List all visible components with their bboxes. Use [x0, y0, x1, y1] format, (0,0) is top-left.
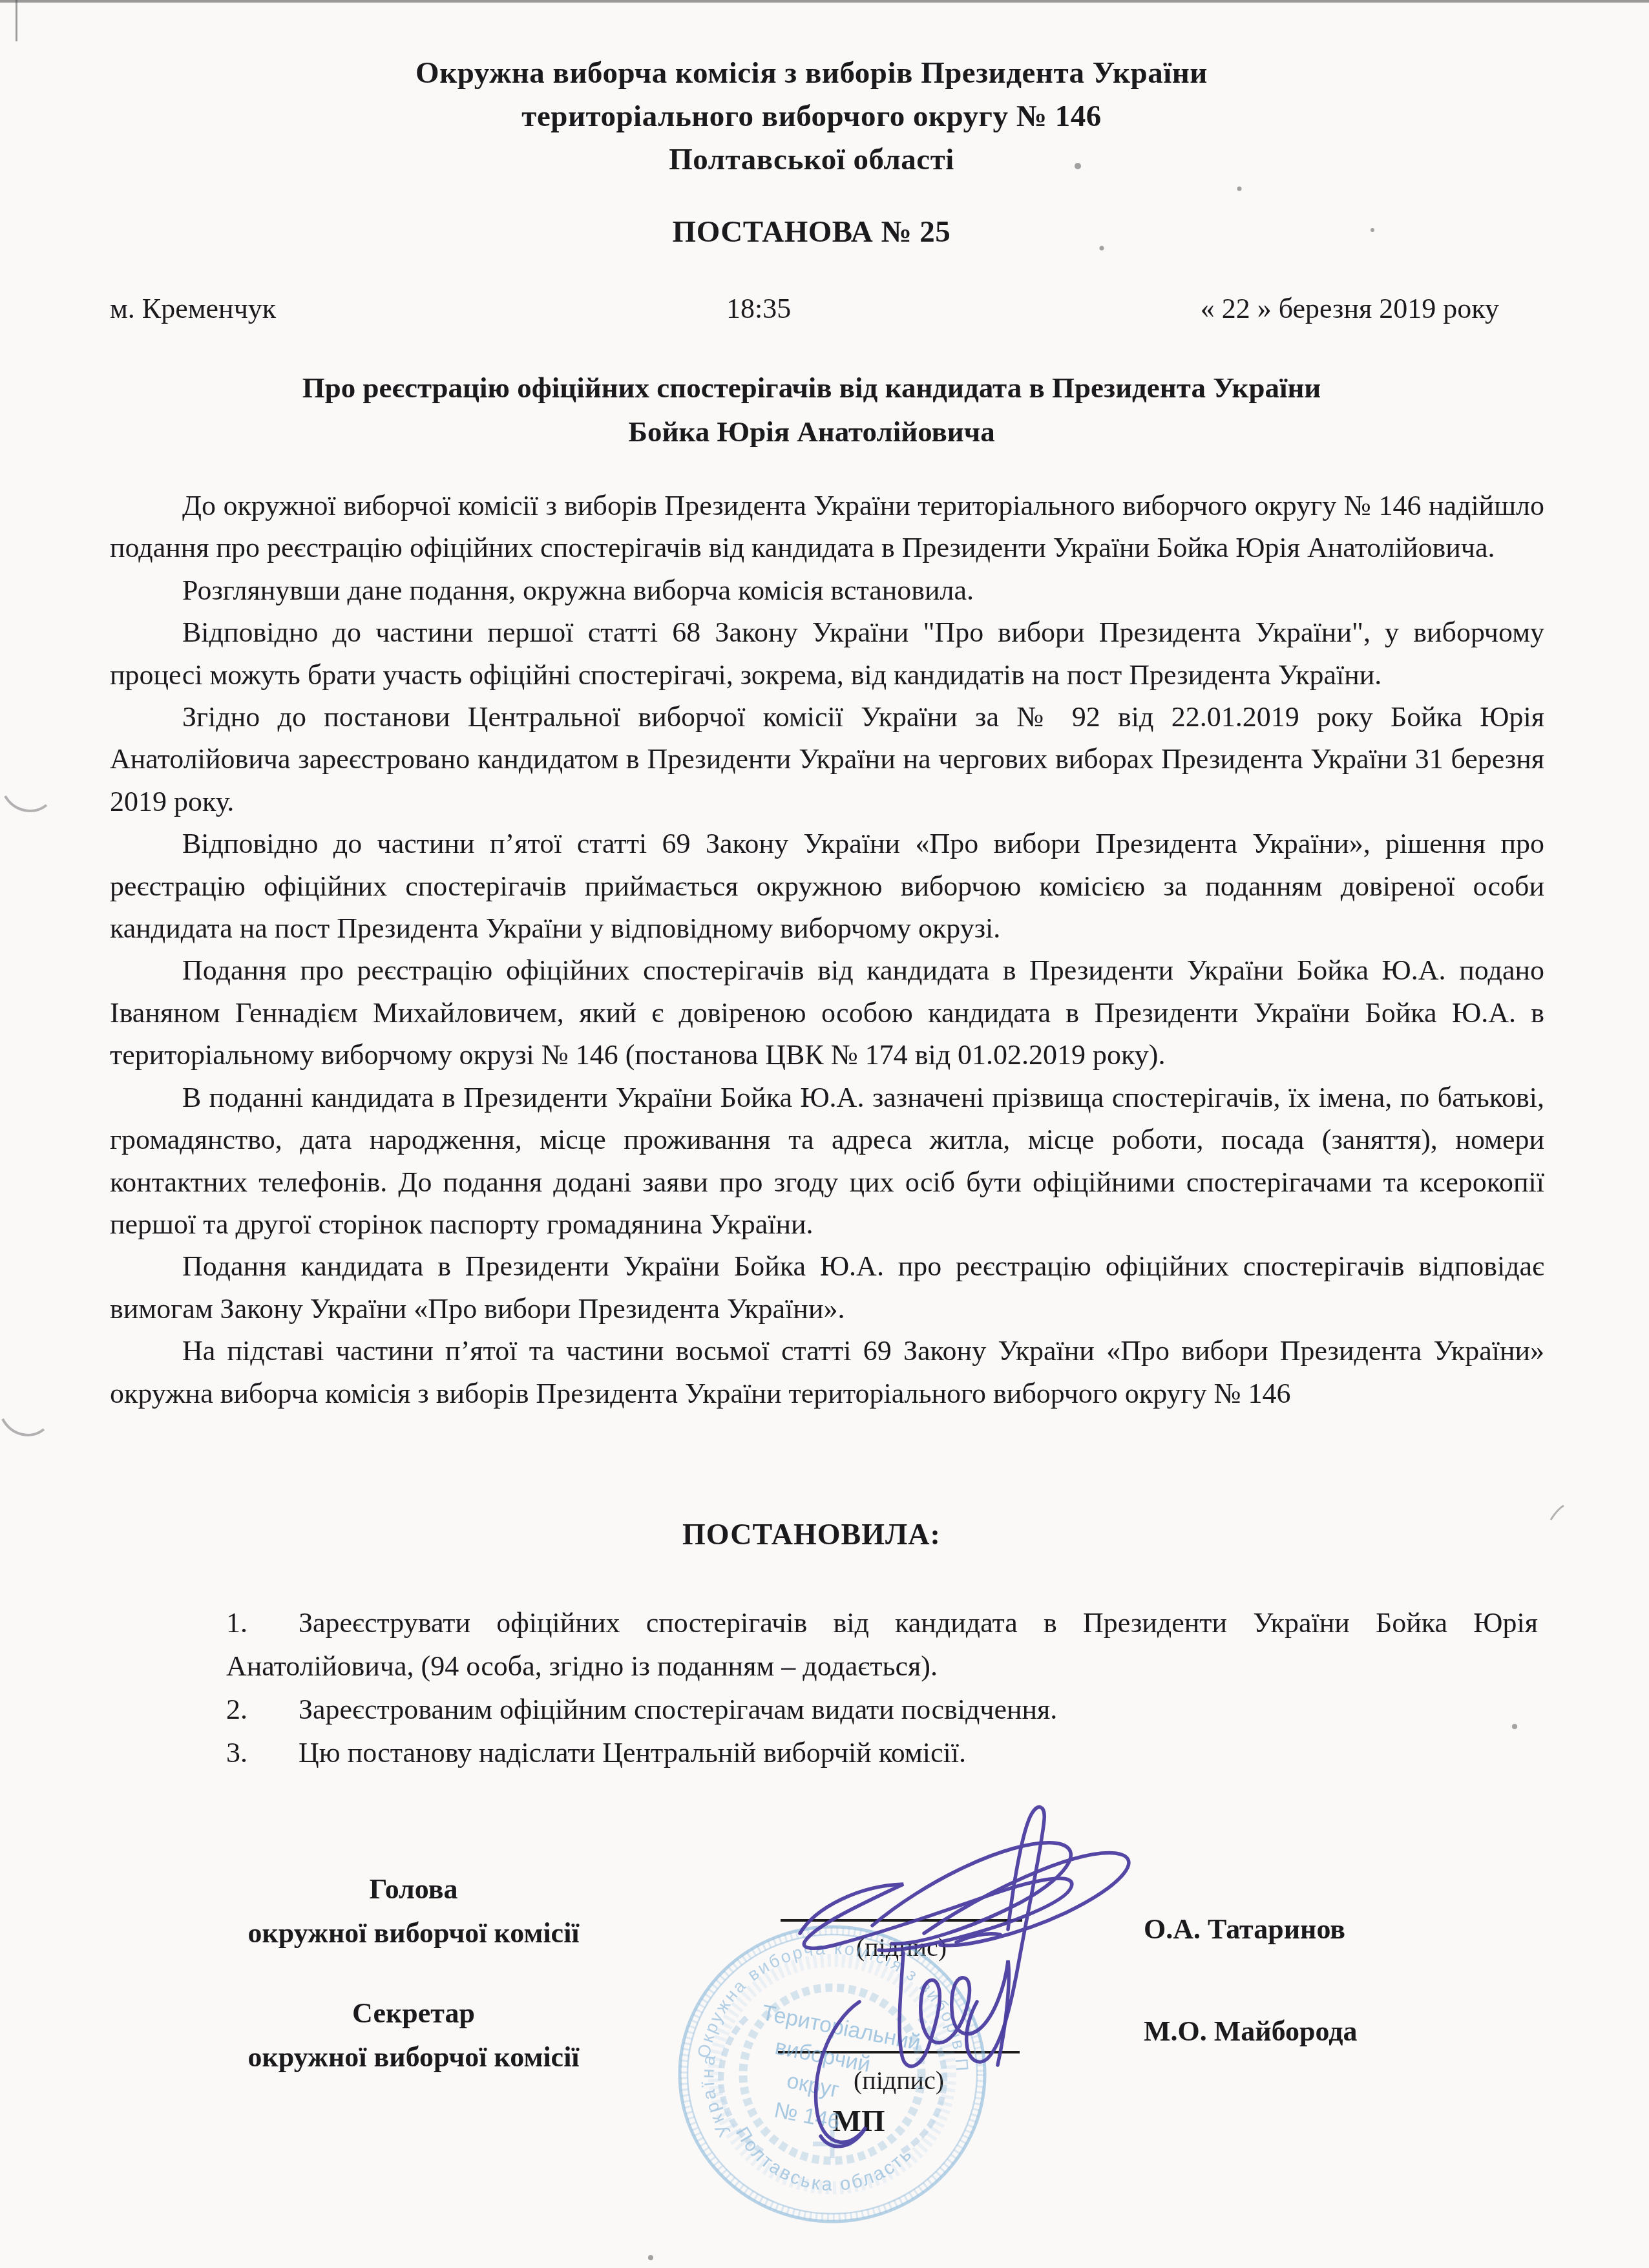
meta-city: м. Кременчук — [110, 292, 276, 325]
stamp-center-line-1: Територіальний — [760, 2000, 923, 2055]
stamp-country-text: Україна — [697, 2051, 734, 2140]
seal-placeholder-label: МП — [778, 2104, 940, 2139]
letterhead-line-2: територіального виборчого округу № 146 — [13, 95, 1610, 138]
document-number: ПОСТАНОВА № 25 — [13, 215, 1610, 249]
paragraph-1: До окружної виборчої комісії з виборів П… — [110, 485, 1544, 569]
paragraph-8: Подання кандидата в Президенти України Б… — [110, 1245, 1544, 1330]
resolution-item-2: 2.Зареєстрованим офіційним спостерігачам… — [226, 1688, 1538, 1731]
resolutions-list: 1.Зареєструвати офіційних спостерігачів … — [226, 1601, 1538, 1774]
secretary-name: М.О. Майборода — [1144, 2015, 1358, 2048]
resolution-item-1: 1.Зареєструвати офіційних спостерігачів … — [226, 1601, 1538, 1688]
chairman-role-line-2: окружної виборчої комісії — [174, 1916, 653, 1949]
resolution-text-1: Зареєструвати офіційних спостерігачів ві… — [226, 1607, 1538, 1682]
paragraph-3: Відповідно до частини першої статті 68 З… — [110, 611, 1544, 696]
scanned-document-page: Окружна виборча комісія з виборів Презид… — [0, 0, 1649, 2268]
resolution-number-3: 3. — [226, 1731, 299, 1774]
svg-text:Україна: Україна — [697, 2051, 734, 2140]
letterhead-line-3: Полтавської області — [13, 138, 1610, 182]
chairman-signature-caption: (підпис) — [781, 1932, 1022, 1962]
paragraph-4: Згідно до постанови Центральної виборчої… — [110, 696, 1544, 823]
letterhead-line-1: Окружна виборча комісія з виборів Презид… — [13, 52, 1610, 95]
paragraph-6: Подання про реєстрацію офіційних спостер… — [110, 949, 1544, 1076]
chairman-signature-line — [781, 1919, 1022, 1922]
resolution-item-3: 3.Цю постанову надіслати Центральній виб… — [226, 1731, 1538, 1774]
scan-edge-top — [0, 0, 1649, 3]
document-title-line-2: Бойка Юрія Анатолійовича — [13, 410, 1610, 454]
paragraph-5: Відповідно до частини п’ятої статті 69 З… — [110, 823, 1544, 949]
resolution-text-3: Цю постанову надіслати Центральній вибор… — [299, 1737, 966, 1769]
letterhead: Окружна виборча комісія з виборів Презид… — [13, 52, 1610, 182]
paragraph-2: Розглянувши дане подання, окружна виборч… — [110, 569, 1544, 611]
resolution-number-1: 1. — [226, 1601, 299, 1644]
body-text: До окружної виборчої комісії з виборів П… — [110, 485, 1544, 1414]
scan-edge-left — [16, 0, 17, 41]
paragraph-9: На підставі частини п’ятої та частини во… — [110, 1330, 1544, 1414]
secretary-signature-caption: (підпис) — [778, 2065, 1020, 2095]
meta-date: « 22 » березня 2019 року — [1163, 292, 1499, 325]
secretary-role-line-2: окружної виборчої комісії — [174, 2041, 653, 2074]
chairman-role-line-1: Голова — [174, 1873, 653, 1906]
meta-time: 18:35 — [726, 292, 791, 325]
document-title-line-1: Про реєстрацію офіційних спостерігачів в… — [13, 366, 1610, 410]
resolution-text-2: Зареєстрованим офіційним спостерігачам в… — [299, 1694, 1057, 1725]
secretary-role-line-1: Секретар — [174, 1997, 653, 2030]
wreath-left-branch — [721, 2016, 762, 2152]
resolved-heading: ПОСТАНОВИЛА: — [13, 1517, 1610, 1551]
paragraph-7: В поданні кандидата в Президенти України… — [110, 1076, 1544, 1246]
secretary-signature-line — [778, 2051, 1020, 2053]
chairman-name: О.А. Татаринов — [1144, 1913, 1345, 1946]
document-title: Про реєстрацію офіційних спостерігачів в… — [13, 366, 1610, 454]
resolution-number-2: 2. — [226, 1688, 299, 1731]
